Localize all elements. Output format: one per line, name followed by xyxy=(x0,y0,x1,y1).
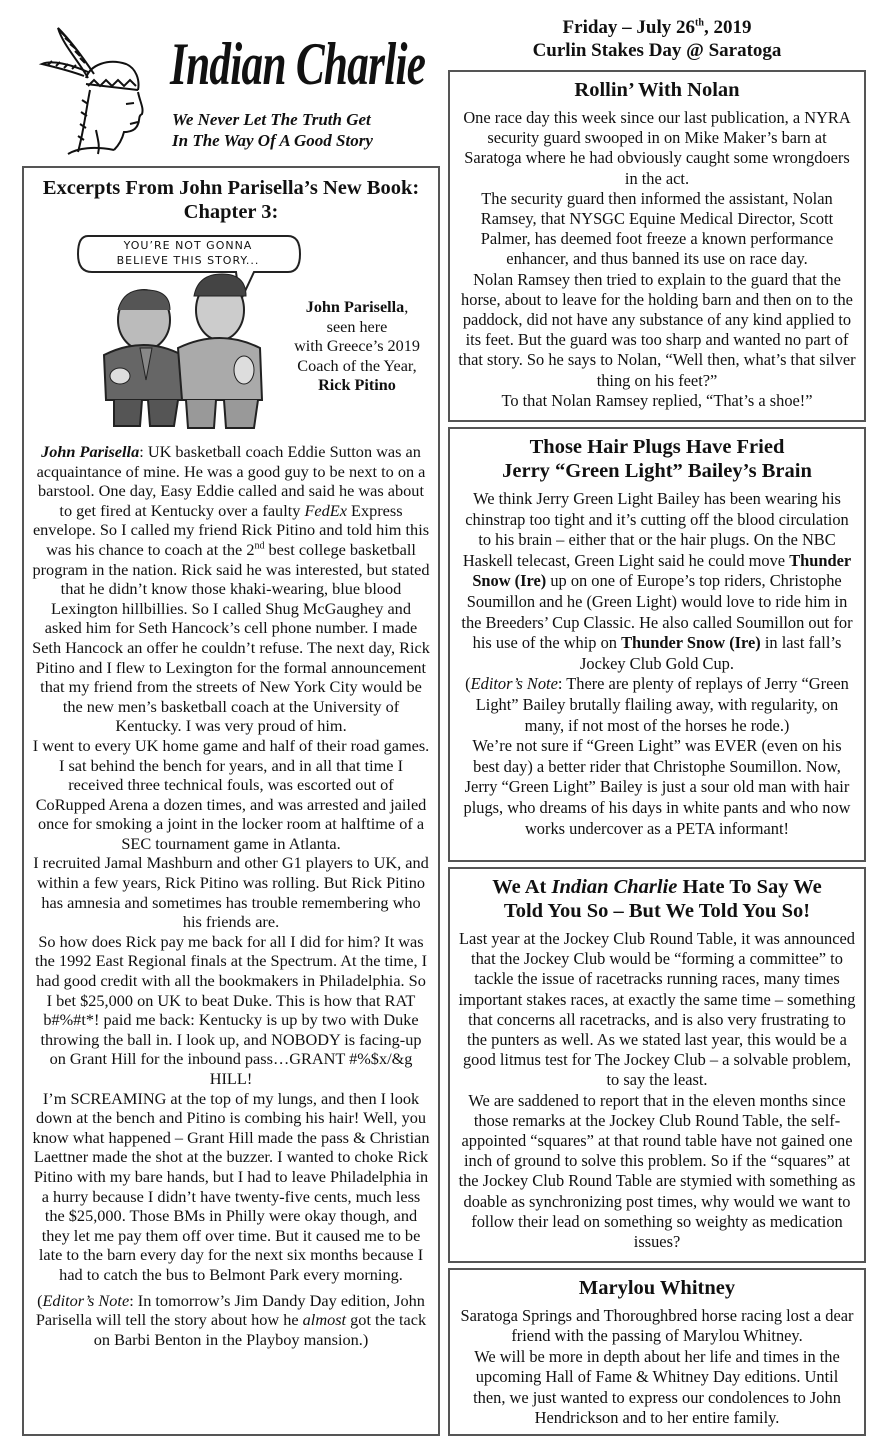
paragraph: John Parisella: UK basketball coach Eddi… xyxy=(32,442,430,736)
speech-bubble-text: YOU’RE NOT GONNA BELIEVE THIS STORY... xyxy=(80,238,296,268)
paragraph: We think Jerry Green Light Bailey has be… xyxy=(458,489,856,674)
paragraph: We’re not sure if “Green Light” was EVER… xyxy=(458,736,856,839)
cartoon-illustration: YOU’RE NOT GONNA BELIEVE THIS STORY... xyxy=(74,230,304,435)
article-body: One race day this week since our last pu… xyxy=(458,108,856,411)
issue-event: Curlin Stakes Day @ Saratoga xyxy=(447,39,867,62)
paragraph: We are saddened to report that in the el… xyxy=(458,1091,856,1253)
paragraph: To that Nolan Ramsey replied, “That’s a … xyxy=(458,391,856,411)
paragraph: So how does Rick pay me back for all I d… xyxy=(32,932,430,1089)
masthead-tagline-2: In The Way Of A Good Story xyxy=(172,131,373,151)
cartoon-caption: John Parisella, seen here with Greece’s … xyxy=(282,298,432,396)
article-heading: Marylou Whitney xyxy=(458,1276,856,1300)
article-heading: Those Hair Plugs Have Fried Jerry “Green… xyxy=(458,435,856,483)
article-marylou-whitney: Marylou Whitney Saratoga Springs and Tho… xyxy=(448,1268,866,1436)
paragraph: We will be more in depth about her life … xyxy=(458,1347,856,1429)
masthead: Indian Charlie We Never Let The Truth Ge… xyxy=(36,20,436,160)
editors-note: (Editor’s Note: In tomorrow’s Jim Dandy … xyxy=(32,1291,430,1350)
article-parisella: Excerpts From John Parisella’s New Book:… xyxy=(22,166,440,1436)
article-body: Saratoga Springs and Thoroughbred horse … xyxy=(458,1306,856,1428)
masthead-tagline-1: We Never Let The Truth Get xyxy=(172,110,371,130)
article-body: Last year at the Jockey Club Round Table… xyxy=(458,929,856,1252)
paragraph: Nolan Ramsey then tried to explain to th… xyxy=(458,270,856,391)
dateline: Friday – July 26th, 2019 Curlin Stakes D… xyxy=(447,16,867,62)
paragraph: Saratoga Springs and Thoroughbred horse … xyxy=(458,1306,856,1347)
paragraph: Last year at the Jockey Club Round Table… xyxy=(458,929,856,1091)
paragraph: I’m SCREAMING at the top of my lungs, an… xyxy=(32,1089,430,1285)
issue-date: Friday – July 26th, 2019 xyxy=(447,16,867,39)
article-rollin-with-nolan: Rollin’ With Nolan One race day this wee… xyxy=(448,70,866,422)
article-heading: Excerpts From John Parisella’s New Book:… xyxy=(32,176,430,224)
article-body: John Parisella: UK basketball coach Eddi… xyxy=(32,442,430,1349)
paragraph: The security guard then informed the ass… xyxy=(458,189,856,270)
article-heading: We At Indian Charlie Hate To Say We Told… xyxy=(458,875,856,923)
article-told-you-so: We At Indian Charlie Hate To Say We Told… xyxy=(448,867,866,1263)
masthead-title: Indian Charlie xyxy=(170,34,425,94)
indian-head-logo-icon xyxy=(38,20,148,155)
paragraph: One race day this week since our last pu… xyxy=(458,108,856,189)
article-body: We think Jerry Green Light Bailey has be… xyxy=(458,489,856,839)
article-hair-plugs: Those Hair Plugs Have Fried Jerry “Green… xyxy=(448,427,866,862)
paragraph: I recruited Jamal Mashburn and other G1 … xyxy=(32,853,430,931)
article-heading: Rollin’ With Nolan xyxy=(458,78,856,102)
paragraph: I went to every UK home game and half of… xyxy=(32,736,430,854)
editors-note: (Editor’s Note: There are plenty of repl… xyxy=(458,674,856,736)
